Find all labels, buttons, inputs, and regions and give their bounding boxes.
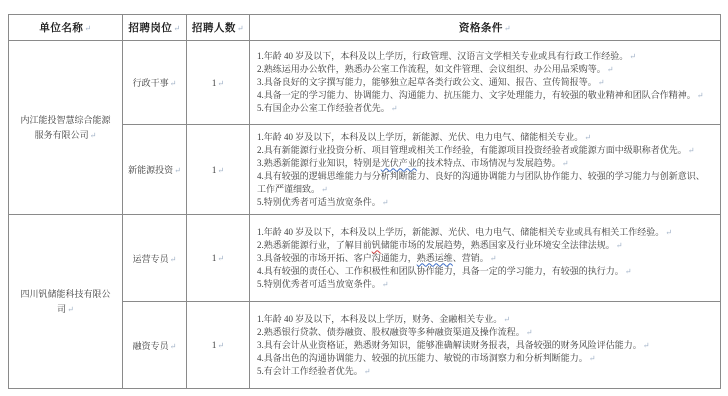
requirement-text: 1.年龄 40 岁及以下，本科及以上学历，新能源、光伏、电力电气、储能相关专业或… — [257, 227, 664, 237]
company-name: 四川钒储能科技有限公司 — [20, 289, 110, 314]
position-title: 运营专员 — [133, 254, 177, 264]
column-header-1: 招聘岗位 — [123, 15, 187, 41]
requirement-line: 3.具备较强的市场开拓、客户沟通能力，熟悉运维、营销。 — [257, 252, 713, 265]
requirement-text: 1.年龄 40 岁及以下，本科及以上学历，财务、金融相关专业。 — [257, 314, 502, 324]
position-title: 行政干事 — [133, 78, 177, 88]
headcount-cell: 1 — [187, 41, 250, 125]
requirement-line: 2.具有新能源行业投资分析、项目管理或相关工作经验，有能源项目投资经验者或能源方… — [257, 144, 713, 157]
requirements-cell: 1.年龄 40 岁及以下，本科及以上学历，新能源、光伏、电力电气、储能相关专业。… — [250, 125, 721, 215]
spellcheck-marked-text: 光伏产业 — [381, 158, 417, 168]
document-page: 单位名称招聘岗位招聘人数资格条件 内江能投智慧综合能源服务有限公司行政干事11.… — [0, 0, 728, 396]
requirement-text: 5.特别优秀者可适当放宽条件。 — [257, 279, 381, 289]
requirement-line: 3.具有会计从业资格证，熟悉财务知识，能够准确解读财务报表，具备较强的财务风险评… — [257, 339, 713, 352]
spellcheck-marked-text: 钒 — [372, 240, 381, 250]
requirement-text: 储能市场的发展趋势，熟悉国家及行业环境安全法律法规。 — [381, 240, 615, 250]
requirement-text: 4.具有较强的责任心、工作积极性和团队协作能力，具备一定的学习能力，有较强的执行… — [257, 266, 624, 276]
requirement-line: 1.年龄 40 岁及以下，本科及以上学历，行政管理、汉语言文学相关专业或具有行政… — [257, 50, 713, 63]
headcount-cell: 1 — [187, 125, 250, 215]
position-title: 融资专员 — [133, 341, 177, 351]
headcount-value: 1 — [212, 340, 224, 350]
requirement-line: 5.特别优秀者可适当放宽条件。 — [257, 196, 713, 209]
requirement-text: 2.熟悉新能源行业，了解目前 — [257, 240, 372, 250]
requirement-text: 2.熟悉银行贷款、债券融资、股权融资等多种融资渠道及操作流程。 — [257, 327, 525, 337]
requirement-line: 1.年龄 40 岁及以下，本科及以上学历，新能源、光伏、电力电气、储能相关专业。 — [257, 131, 713, 144]
requirement-text: 、营销。 — [453, 253, 489, 263]
column-header-label: 招聘人数 — [192, 23, 244, 34]
requirement-line: 2.熟练运用办公软件，熟悉办公室工作流程，如文件管理、会议组织、办公用品采购等。 — [257, 63, 713, 76]
column-header-0: 单位名称 — [9, 15, 123, 41]
table-row: 内江能投智慧综合能源服务有限公司行政干事11.年龄 40 岁及以下，本科及以上学… — [9, 41, 721, 125]
position-cell: 融资专员 — [123, 302, 187, 389]
table-header-row: 单位名称招聘岗位招聘人数资格条件 — [9, 15, 721, 41]
requirement-line: 5.特别优秀者可适当放宽条件。 — [257, 278, 713, 291]
requirements-cell: 1.年龄 40 岁及以下，本科及以上学历，新能源、光伏、电力电气、储能相关专业或… — [250, 215, 721, 302]
company-name: 内江能投智慧综合能源服务有限公司 — [20, 115, 110, 140]
headcount-value: 1 — [212, 165, 224, 175]
requirement-text: 5.有国企办公室工作经验者优先。 — [257, 103, 390, 113]
position-cell: 运营专员 — [123, 215, 187, 302]
position-cell: 行政干事 — [123, 41, 187, 125]
requirement-line: 3.具备良好的文字撰写能力，能够独立起草各类行政公文、通知、报告、宣传简报等。 — [257, 76, 713, 89]
headcount-value: 1 — [212, 253, 224, 263]
column-header-3: 资格条件 — [250, 15, 721, 41]
headcount-value: 1 — [212, 78, 224, 88]
requirement-text: 1.年龄 40 岁及以下，本科及以上学历，新能源、光伏、电力电气、储能相关专业。 — [257, 132, 583, 142]
requirement-text: 4.具有较强的逻辑思维能力与分析判断能力、良好的沟通协调能力与团队协作能力、较强… — [257, 171, 705, 194]
requirement-text: 1.年龄 40 岁及以下，本科及以上学历，行政管理、汉语言文学相关专业或具有行政… — [257, 51, 628, 61]
requirement-line: 1.年龄 40 岁及以下，本科及以上学历，新能源、光伏、电力电气、储能相关专业或… — [257, 226, 713, 239]
requirement-text: 4.具备一定的学习能力、协调能力、沟通能力、抗压能力、文字处理能力，有较强的敬业… — [257, 90, 696, 100]
position-title: 新能源投资 — [128, 165, 181, 175]
requirement-text: 3.具备较强的市场开拓、客户沟通能力， — [257, 253, 417, 263]
column-header-label: 招聘岗位 — [128, 23, 180, 34]
requirement-text: 5.特别优秀者可适当放宽条件。 — [257, 197, 381, 207]
requirement-line: 4.具备一定的学习能力、协调能力、沟通能力、抗压能力、文字处理能力，有较强的敬业… — [257, 89, 713, 102]
requirement-line: 2.熟悉新能源行业，了解目前钒储能市场的发展趋势，熟悉国家及行业环境安全法律法规… — [257, 239, 713, 252]
requirement-text: 5.有会计工作经验者优先。 — [257, 366, 363, 376]
requirement-line: 2.熟悉银行贷款、债券融资、股权融资等多种融资渠道及操作流程。 — [257, 326, 713, 339]
table-row: 四川钒储能科技有限公司运营专员11.年龄 40 岁及以下，本科及以上学历，新能源… — [9, 215, 721, 302]
headcount-cell: 1 — [187, 302, 250, 389]
position-cell: 新能源投资 — [123, 125, 187, 215]
requirement-text: 3.具备良好的文字撰写能力，能够独立起草各类行政公文、通知、报告、宣传简报等。 — [257, 77, 597, 87]
requirement-line: 1.年龄 40 岁及以下，本科及以上学历，财务、金融相关专业。 — [257, 313, 713, 326]
requirement-text: 的技术特点、市场情况与发展趋势。 — [417, 158, 561, 168]
requirement-line: 4.具有较强的逻辑思维能力与分析判断能力、良好的沟通协调能力与团队协作能力、较强… — [257, 170, 713, 196]
spellcheck-marked-text: 熟悉运维 — [417, 253, 453, 263]
requirement-text: 2.具有新能源行业投资分析、项目管理或相关工作经验，有能源项目投资经验者或能源方… — [257, 145, 687, 155]
column-header-label: 单位名称 — [39, 23, 91, 34]
company-name-cell: 四川钒储能科技有限公司 — [9, 215, 123, 389]
recruitment-table: 单位名称招聘岗位招聘人数资格条件 内江能投智慧综合能源服务有限公司行政干事11.… — [8, 14, 721, 389]
requirements-cell: 1.年龄 40 岁及以下，本科及以上学历，财务、金融相关专业。2.熟悉银行贷款、… — [250, 302, 721, 389]
company-name-cell: 内江能投智慧综合能源服务有限公司 — [9, 41, 123, 215]
column-header-label: 资格条件 — [459, 23, 511, 34]
requirement-line: 5.有会计工作经验者优先。 — [257, 365, 713, 378]
requirement-text: 3.熟悉新能源行业知识，特别是 — [257, 158, 381, 168]
requirement-line: 4.具备出色的沟通协调能力、较强的抗压能力、敏锐的市场洞察力和分析判断能力。 — [257, 352, 713, 365]
requirement-text: 3.具有会计从业资格证，熟悉财务知识，能够准确解读财务报表，具备较强的财务风险评… — [257, 340, 642, 350]
requirement-line: 3.熟悉新能源行业知识，特别是光伏产业的技术特点、市场情况与发展趋势。 — [257, 157, 713, 170]
headcount-cell: 1 — [187, 215, 250, 302]
column-header-2: 招聘人数 — [187, 15, 250, 41]
requirement-text: 2.熟练运用办公软件，熟悉办公室工作流程，如文件管理、会议组织、办公用品采购等。 — [257, 64, 606, 74]
requirement-line: 4.具有较强的责任心、工作积极性和团队协作能力，具备一定的学习能力，有较强的执行… — [257, 265, 713, 278]
requirement-line: 5.有国企办公室工作经验者优先。 — [257, 102, 713, 115]
requirement-text: 4.具备出色的沟通协调能力、较强的抗压能力、敏锐的市场洞察力和分析判断能力。 — [257, 353, 588, 363]
requirements-cell: 1.年龄 40 岁及以下，本科及以上学历，行政管理、汉语言文学相关专业或具有行政… — [250, 41, 721, 125]
